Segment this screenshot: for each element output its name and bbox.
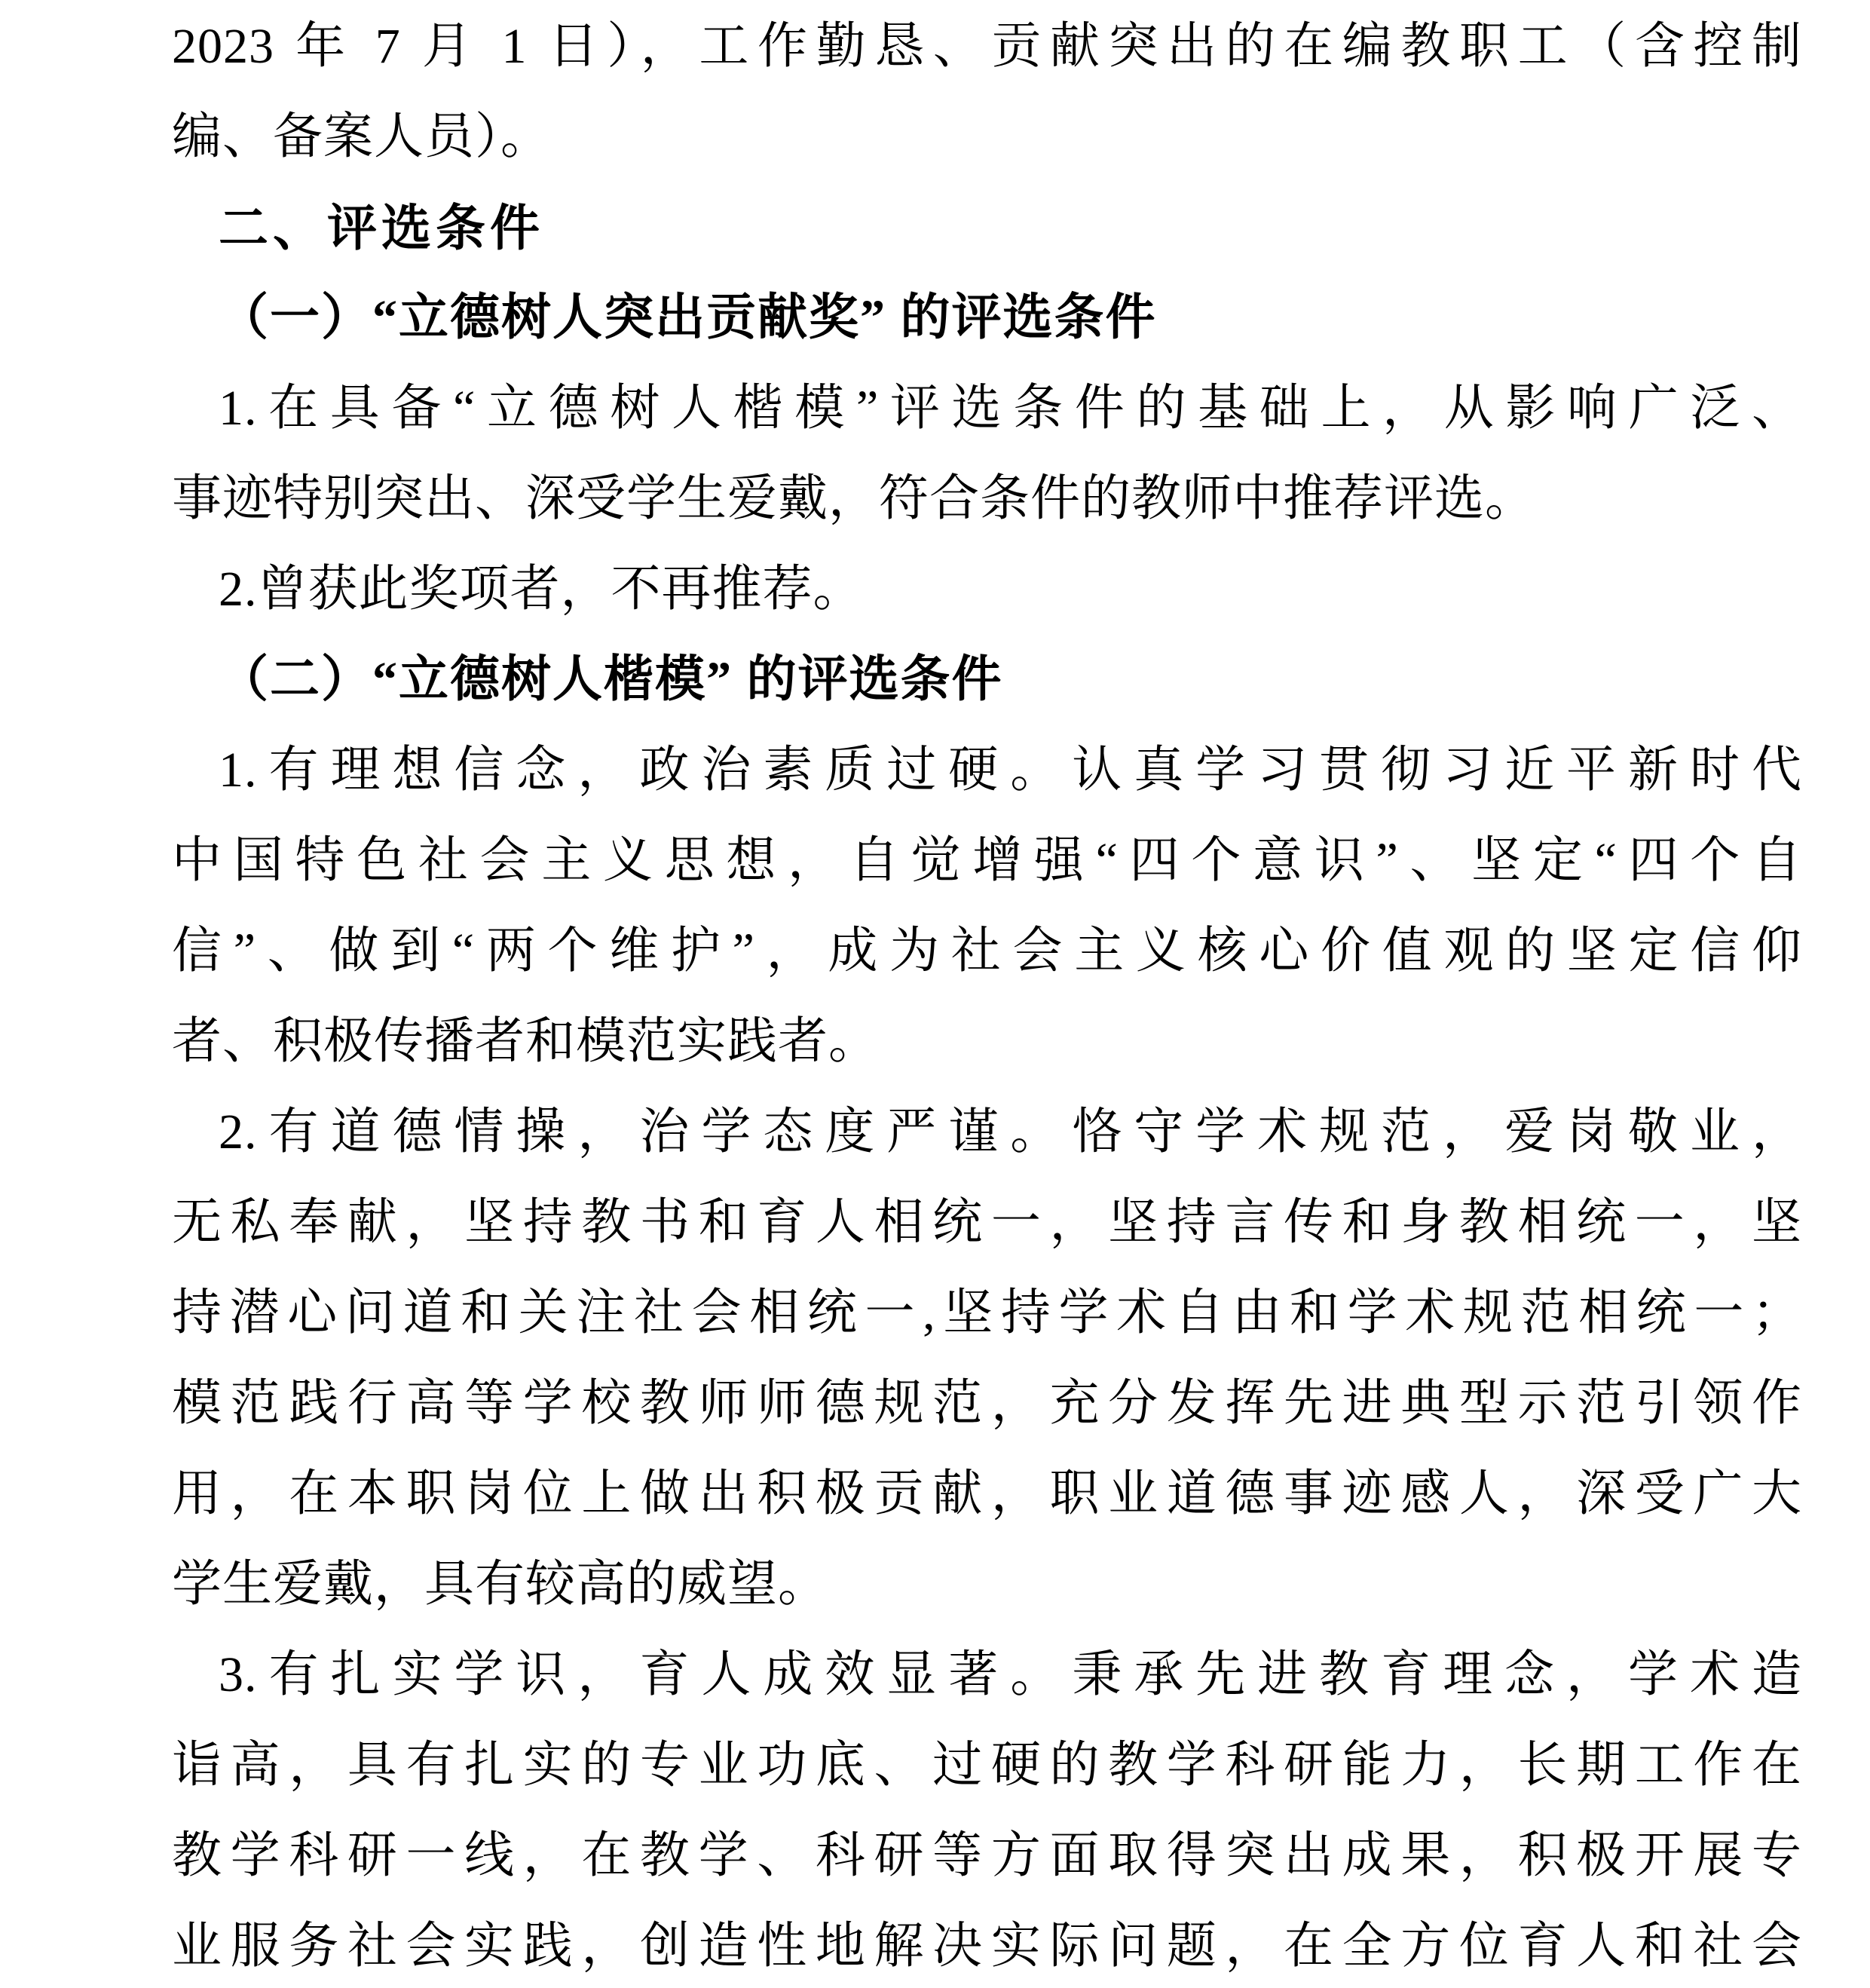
text-line: 教学科研一线，在教学、科研等方面取得突出成果，积极开展专: [172, 1811, 1802, 1901]
text-line: 诣高，具有扎实的专业功底、过硬的教学科研能力，长期工作在: [172, 1720, 1802, 1811]
text-line: 学生爱戴，具有较高的威望。: [172, 1539, 1802, 1630]
text-line: 业服务社会实践，创造性地解决实际问题，在全方位育人和社会: [172, 1901, 1802, 1988]
section-heading: 二、评选条件: [172, 182, 1802, 273]
text-line: 无私奉献，坚持教书和育人相统一，坚持言传和身教相统一，坚: [172, 1178, 1802, 1268]
text-line: 1.有理想信念，政治素质过硬。认真学习贯彻习近平新时代: [172, 725, 1802, 816]
text-line: 持潜心问道和关注社会相统一,坚持学术自由和学术规范相统一；: [172, 1268, 1802, 1359]
document-page: 2023 年 7 月 1 日），工作勤恳、贡献突出的在编教职工（含控制编、备案人…: [0, 0, 1870, 1988]
text-line: 2023 年 7 月 1 日），工作勤恳、贡献突出的在编教职工（含控制: [172, 2, 1802, 92]
text-line: 模范践行高等学校教师师德规范，充分发挥先进典型示范引领作: [172, 1359, 1802, 1449]
text-line: 事迹特别突出、深受学生爱戴，符合条件的教师中推荐评选。: [172, 454, 1802, 544]
text-line: 编、备案人员）。: [172, 92, 1802, 182]
text-line: 3.有扎实学识，育人成效显著。秉承先进教育理念，学术造: [172, 1630, 1802, 1720]
text-line: 1.在具备“立德树人楷模”评选条件的基础上，从影响广泛、: [172, 363, 1802, 454]
text-line: 信”、做到“两个维护”，成为社会主义核心价值观的坚定信仰: [172, 906, 1802, 997]
text-line: 用，在本职岗位上做出积极贡献，职业道德事迹感人，深受广大: [172, 1449, 1802, 1539]
section-heading: （一）“立德树人突出贡献奖” 的评选条件: [172, 273, 1802, 363]
section-heading: （二）“立德树人楷模” 的评选条件: [172, 635, 1802, 725]
text-line: 者、积极传播者和模范实践者。: [172, 997, 1802, 1087]
text-line: 中国特色社会主义思想，自觉增强“四个意识”、坚定“四个自: [172, 816, 1802, 906]
text-line: 2.曾获此奖项者，不再推荐。: [172, 544, 1802, 635]
text-line: 2.有道德情操，治学态度严谨。恪守学术规范，爱岗敬业，: [172, 1087, 1802, 1178]
